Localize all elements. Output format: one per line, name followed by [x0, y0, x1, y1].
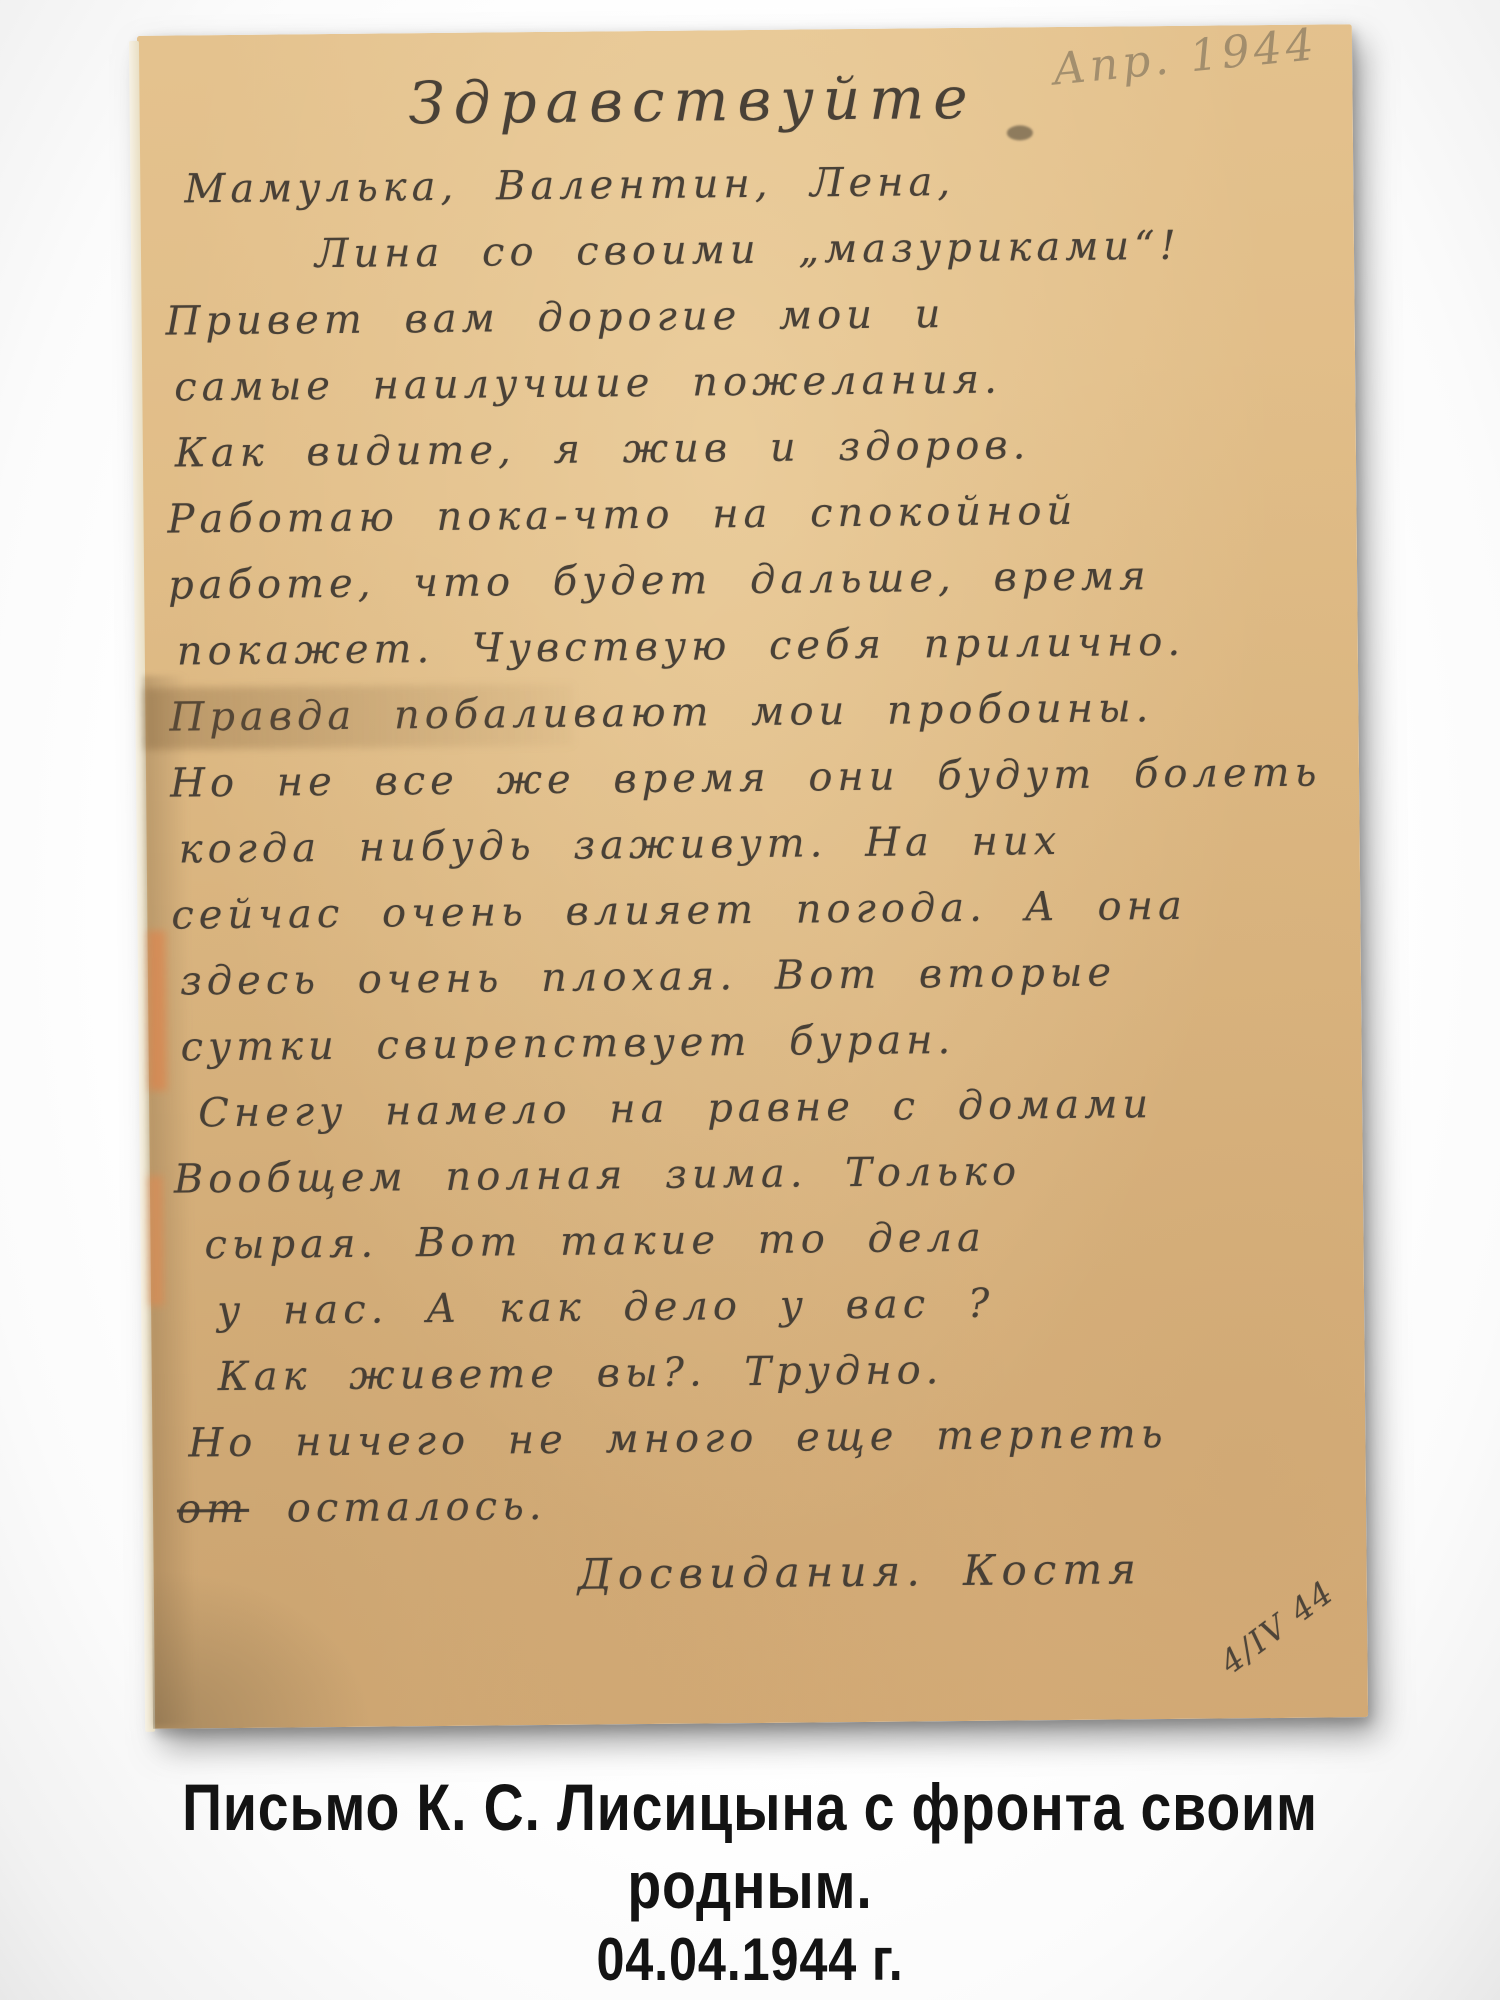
letter-line: Работаю пока-что на спокойной	[167, 476, 1331, 553]
paper-edge	[129, 41, 155, 1732]
letter-line: самые наилучшие пожелания.	[174, 344, 1330, 421]
letter-line: Но ничего не много еще терпеть	[188, 1400, 1340, 1477]
letter-line: Мамулька, Валентин, Лена,	[184, 146, 1328, 223]
struck-word: от	[177, 1486, 249, 1533]
letter-line: Но не все же время они будут болеть	[170, 740, 1334, 817]
letter-line: сутки свирепствует буран.	[180, 1004, 1336, 1081]
letter-signoff: Досвидания. Костя	[577, 1532, 1341, 1611]
letter-line: Правда побаливают мои пробоины.	[169, 674, 1333, 751]
letter-line: Лина со своими „мазуриками“!	[315, 212, 1329, 288]
caption-title: Письмо К. С. Лисицына с фронта своим род…	[120, 1768, 1380, 1924]
letter-line: здесь очень плохая. Вот вторые	[180, 938, 1336, 1015]
letter-line: когда нибудь заживут. На них	[178, 806, 1334, 883]
letter-line: сырая. Вот такие то дела	[204, 1202, 1338, 1279]
letter-line-strike: от осталось.	[177, 1466, 1341, 1543]
letter-line: покажет. Чувствую себя прилично.	[177, 608, 1333, 685]
letter-line: Как живете вы?. Трудно.	[217, 1334, 1339, 1411]
stain-corner	[152, 1567, 374, 1729]
letter-line: Снегу намело на равне с домами	[198, 1070, 1337, 1147]
letter-line: Как видите, я жив и здоров.	[175, 410, 1331, 487]
letter-line: сейчас очень влияет погода. А она	[171, 872, 1335, 949]
letter-line: у нас. А как дело у вас ?	[217, 1268, 1339, 1345]
caption-date: 04.04.1944 г.	[120, 1924, 1380, 1996]
caption: Письмо К. С. Лисицына с фронта своим род…	[120, 1768, 1380, 1996]
stain-orange	[147, 931, 167, 1091]
letter-line: работе, что будет дальше, время	[168, 542, 1332, 619]
scan-background: Апр. 1944 Здравствуйте Мамулька, Валенти…	[0, 0, 1500, 2000]
letter-line-rest: осталось.	[287, 1483, 547, 1531]
letter-line: Вообщем полная зима. Только	[174, 1136, 1338, 1213]
letter-paper: Апр. 1944 Здравствуйте Мамулька, Валенти…	[137, 24, 1368, 1729]
letter-line: Привет вам дорогие мои и	[165, 278, 1329, 355]
